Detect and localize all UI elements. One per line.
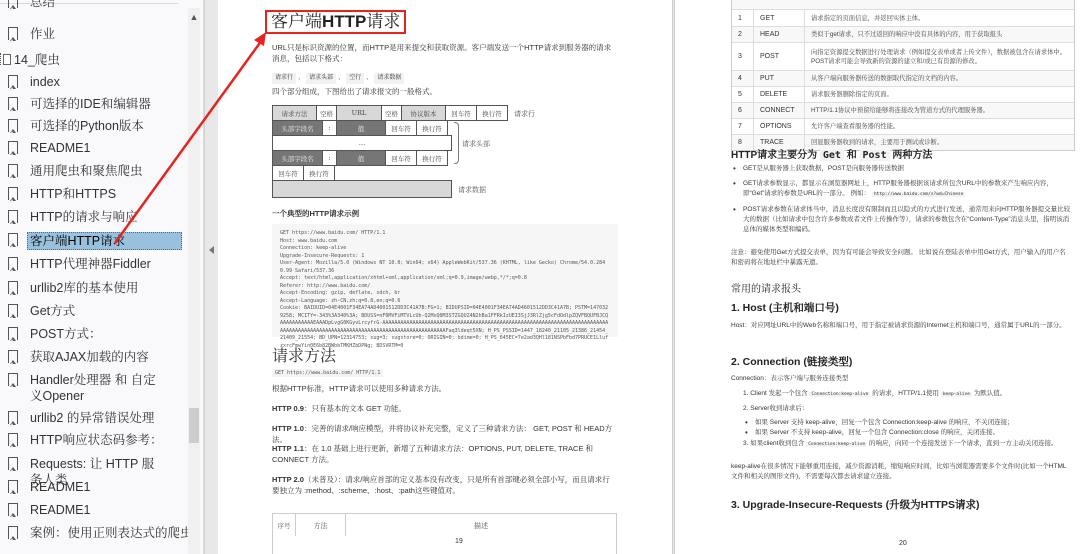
pill: 空行: [346, 73, 364, 84]
bookmark-icon: [8, 164, 18, 177]
bookmark-icon: [8, 0, 18, 8]
bookmark-icon: [8, 433, 18, 446]
folder-label: 14_爬虫: [14, 50, 60, 68]
bookmark-label: 获取AJAX加载的内容: [28, 349, 151, 365]
scroll-up-icon[interactable]: ▲: [188, 12, 200, 22]
data-label: 请求数据: [458, 185, 486, 195]
bookmark-icon: [8, 233, 18, 246]
heading-get-post: HTTP请求主要分为 Get 和 Post 两种方法: [731, 146, 932, 161]
intro-paragraph: URL只是标识资源的位置，而HTTP是用来提交和获取资源。客户端发送一个HTTP…: [272, 42, 617, 64]
bookmark-icon: [8, 327, 18, 340]
bookmark-icon: [8, 187, 18, 200]
table-row: 6CONNECTHTTP/1.1协议中预留给能够将连接改为管道方式的代理服务器。: [732, 102, 1074, 118]
bookmark-label: 可选择的IDE和编辑器: [28, 96, 153, 112]
bookmark-label: 通用爬虫和聚焦爬虫: [28, 163, 145, 179]
list-item: POST请求参数在请求体当中，消息长度没有限制而且以隐式的方式进行发送，通常用来…: [733, 205, 1073, 235]
headers-label: 请求头部: [462, 139, 490, 149]
table-row: 5DELETE请求服务器删除指定的页面。: [732, 86, 1074, 102]
bookmark-item[interactable]: index: [8, 74, 62, 90]
bookmark-icon: [8, 373, 18, 386]
keepalive-paragraph: keep-alive在很多情况下能够重用连接，减少资源消耗，缩短响应时间，比如当…: [731, 462, 1071, 482]
connection-description: Connection：表示客户端与服务连接类型: [731, 374, 1071, 384]
bookmark-item[interactable]: urllib2 的异常错误处理: [8, 410, 156, 426]
paragraph: HTTP 2.0（未普及）：请求/响应首部的定义基本没有改变，只是所有首部键必须…: [272, 474, 617, 496]
folder-tree-icon: [0, 53, 10, 65]
section-code: GET https://www.baidu.com/ HTTP/1.1: [272, 369, 383, 377]
heading-common-headers: 常用的请求报头: [731, 280, 801, 295]
bookmark-icon: [8, 526, 18, 539]
scrollbar-thumb[interactable]: [189, 408, 199, 443]
bookmark-label: HTTP和HTTPS: [28, 186, 118, 202]
page-19: 客户端HTTP请求 URL只是标识资源的位置，而HTTP是用来提交和获取资源。客…: [218, 0, 673, 554]
bookmark-icon: [8, 457, 18, 470]
request-line-label: 请求行: [514, 109, 535, 119]
title-suffix: 请求: [366, 12, 400, 31]
collapse-panel-icon[interactable]: [209, 246, 214, 254]
page-title: 客户端HTTP请求: [265, 10, 406, 34]
bookmark-item[interactable]: urllib2库的基本使用: [8, 280, 140, 296]
table-row: 3POST向指定资源提交数据进行处理请求（例如提交表单或者上传文件），数据被包含…: [732, 42, 1074, 70]
heading-upgrade: 3. Upgrade-Insecure-Requests (升级为HTTPS请求…: [731, 497, 980, 512]
bookmark-label: 可选择的Python版本: [28, 118, 146, 134]
pill: 请求行: [272, 73, 296, 84]
bookmark-item[interactable]: README1: [8, 140, 92, 156]
bookmark-label: POST方式：: [28, 326, 104, 342]
bookmark-folder[interactable]: 14_爬虫: [0, 50, 60, 68]
table-row: 4PUT从客户端向服务器传送的数据取代指定的文档的内容。: [732, 70, 1074, 86]
bookmark-icon: [8, 480, 18, 493]
title-prefix: 客户端: [271, 12, 322, 31]
bookmark-label: 作业: [28, 26, 57, 42]
connection-steps: 1. Client 发起一个包含 Connection:keep-alive 的…: [733, 389, 1073, 454]
paragraph: HTTP 0.9：只有基本的文本 GET 功能。: [272, 403, 617, 414]
page-20: 1GET请求指定的页面信息，并返回实体主体。2HEAD类似于get请求，只不过返…: [674, 0, 1080, 554]
paragraph: HTTP 1.1：在 1.0 基础上进行更新，新增了五种请求方法：OPTIONS…: [272, 443, 617, 465]
bookmark-icon: [8, 27, 18, 40]
bookmark-label: HTTP代理神器Fiddler: [28, 256, 153, 272]
page-number: 19: [455, 538, 463, 545]
bookmark-label: HTTP响应状态码参考：: [28, 432, 165, 448]
bookmark-item[interactable]: 案例：使用正则表达式的爬虫: [8, 525, 188, 541]
bookmark-label: README1: [28, 140, 92, 156]
bookmark-item[interactable]: 可选择的IDE和编辑器: [8, 96, 153, 112]
bookmark-label: README1: [28, 479, 92, 495]
bookmark-label: README1: [28, 502, 92, 518]
list-item: GET请求参数显示，都显示在浏览器网址上，HTTP服务器根据该请求所包含URL中…: [733, 179, 1073, 200]
bookmark-item[interactable]: HTTP的请求与响应: [8, 209, 140, 225]
sidebar-scrollbar[interactable]: ▲: [188, 8, 200, 554]
bookmark-icon: [8, 257, 18, 270]
page-number: 20: [899, 540, 907, 547]
note: 注意：避免使用Get方式提交表单，因为有可能会导致安全问题。 比如说在登陆表单中…: [731, 248, 1071, 268]
paragraph: HTTP 1.0：完善的请求/响应模型，并将协议补充完整，定义了三种请求方法： …: [272, 423, 617, 445]
bookmark-item[interactable]: README1: [8, 502, 92, 518]
pdf-reader-window: 14_爬虫 总结作业index可选择的IDE和编辑器可选择的Python版本RE…: [0, 0, 1080, 554]
bookmark-item[interactable]: 客户端HTTP请求: [8, 232, 182, 250]
bookmark-item[interactable]: 获取AJAX加载的内容: [8, 349, 151, 365]
bookmark-icon: [8, 75, 18, 88]
table-row: 7OPTIONS允许客户端查看服务器的性能。: [732, 118, 1074, 134]
bookmark-icon: [8, 411, 18, 424]
bookmarks-panel: 14_爬虫 总结作业index可选择的IDE和编辑器可选择的Python版本RE…: [0, 0, 204, 554]
intro2-paragraph: 四个部分组成，下图给出了请求报文的一般格式。: [272, 86, 437, 97]
table-row: 2HEAD类似于get请求，只不过返回的响应中没有具体的内容，用于获取报头: [732, 26, 1074, 42]
table-row: 1GET请求指定的页面信息，并返回实体主体。: [732, 9, 1074, 26]
bookmark-icon: [8, 210, 18, 223]
bookmark-icon: [8, 141, 18, 154]
bookmark-item[interactable]: POST方式：: [8, 326, 104, 342]
headers-brace: [454, 122, 459, 164]
pill: 请求头部: [306, 73, 336, 84]
bookmark-tree[interactable]: 14_爬虫 总结作业index可选择的IDE和编辑器可选择的Python版本RE…: [0, 0, 188, 554]
heading-connection: 2. Connection (链接类型): [731, 354, 852, 369]
bookmark-icon: [8, 350, 18, 363]
bookmark-label: 总结: [28, 0, 57, 10]
bookmark-label: 客户端HTTP请求: [27, 232, 182, 250]
http-request-example-code: GET https://www.baidu.com/ HTTP/1.1 Host…: [272, 224, 618, 337]
panel-splitter[interactable]: [204, 0, 218, 554]
bookmark-label: urllib2 的异常错误处理: [28, 410, 156, 426]
parts-list: 请求行、 请求头部、 空行、 请求数据: [272, 71, 406, 84]
bookmark-item[interactable]: Handler处理器 和 自定义Opener: [8, 372, 168, 404]
bookmark-icon: [8, 97, 18, 110]
bookmark-item[interactable]: 可选择的Python版本: [8, 118, 146, 134]
bookmark-icon: [8, 281, 18, 294]
bookmark-icon: [8, 119, 18, 132]
methods-table-header: 序号 方法 描述: [272, 513, 617, 554]
bookmark-label: HTTP的请求与响应: [28, 209, 140, 225]
bookmark-icon: [8, 304, 18, 317]
methods-table: 1GET请求指定的页面信息，并返回实体主体。2HEAD类似于get请求，只不过返…: [731, 0, 1075, 151]
bookmark-label: Handler处理器 和 自定义Opener: [28, 372, 168, 404]
bookmark-icon: [8, 503, 18, 516]
pill: 请求数据: [374, 73, 404, 84]
paragraph: 根据HTTP标准，HTTP请求可以使用多种请求方法。: [272, 383, 617, 394]
section-heading: 请求方法: [272, 343, 336, 366]
bookmark-item[interactable]: HTTP代理神器Fiddler: [8, 256, 153, 272]
bookmark-label: 案例：使用正则表达式的爬虫: [28, 525, 188, 541]
bookmark-label: index: [28, 74, 62, 90]
example-title: 一个典型的HTTP请求示例: [272, 208, 359, 219]
bookmark-label: urllib2库的基本使用: [28, 280, 140, 296]
bookmark-item[interactable]: 作业: [8, 26, 57, 42]
bookmark-item[interactable]: Get方式: [8, 303, 77, 319]
bookmark-label: Get方式: [28, 303, 77, 319]
host-description: Host：对应网址URL中的Web名称和端口号，用于指定被请求资源的Intern…: [731, 321, 1071, 331]
title-bold: HTTP: [322, 12, 366, 31]
bookmark-item[interactable]: 总结: [8, 0, 57, 10]
heading-host: 1. Host (主机和端口号): [731, 300, 839, 315]
bookmark-item[interactable]: HTTP响应状态码参考：: [8, 432, 165, 448]
bookmark-item[interactable]: README1: [8, 479, 92, 495]
list-item: GET是从服务器上获取数据，POST是向服务器传送数据: [733, 164, 1073, 174]
get-post-list: GET是从服务器上获取数据，POST是向服务器传送数据 GET请求参数显示，都显…: [733, 164, 1073, 240]
bookmark-item[interactable]: HTTP和HTTPS: [8, 186, 118, 202]
bookmark-item[interactable]: 通用爬虫和聚焦爬虫: [8, 163, 145, 179]
